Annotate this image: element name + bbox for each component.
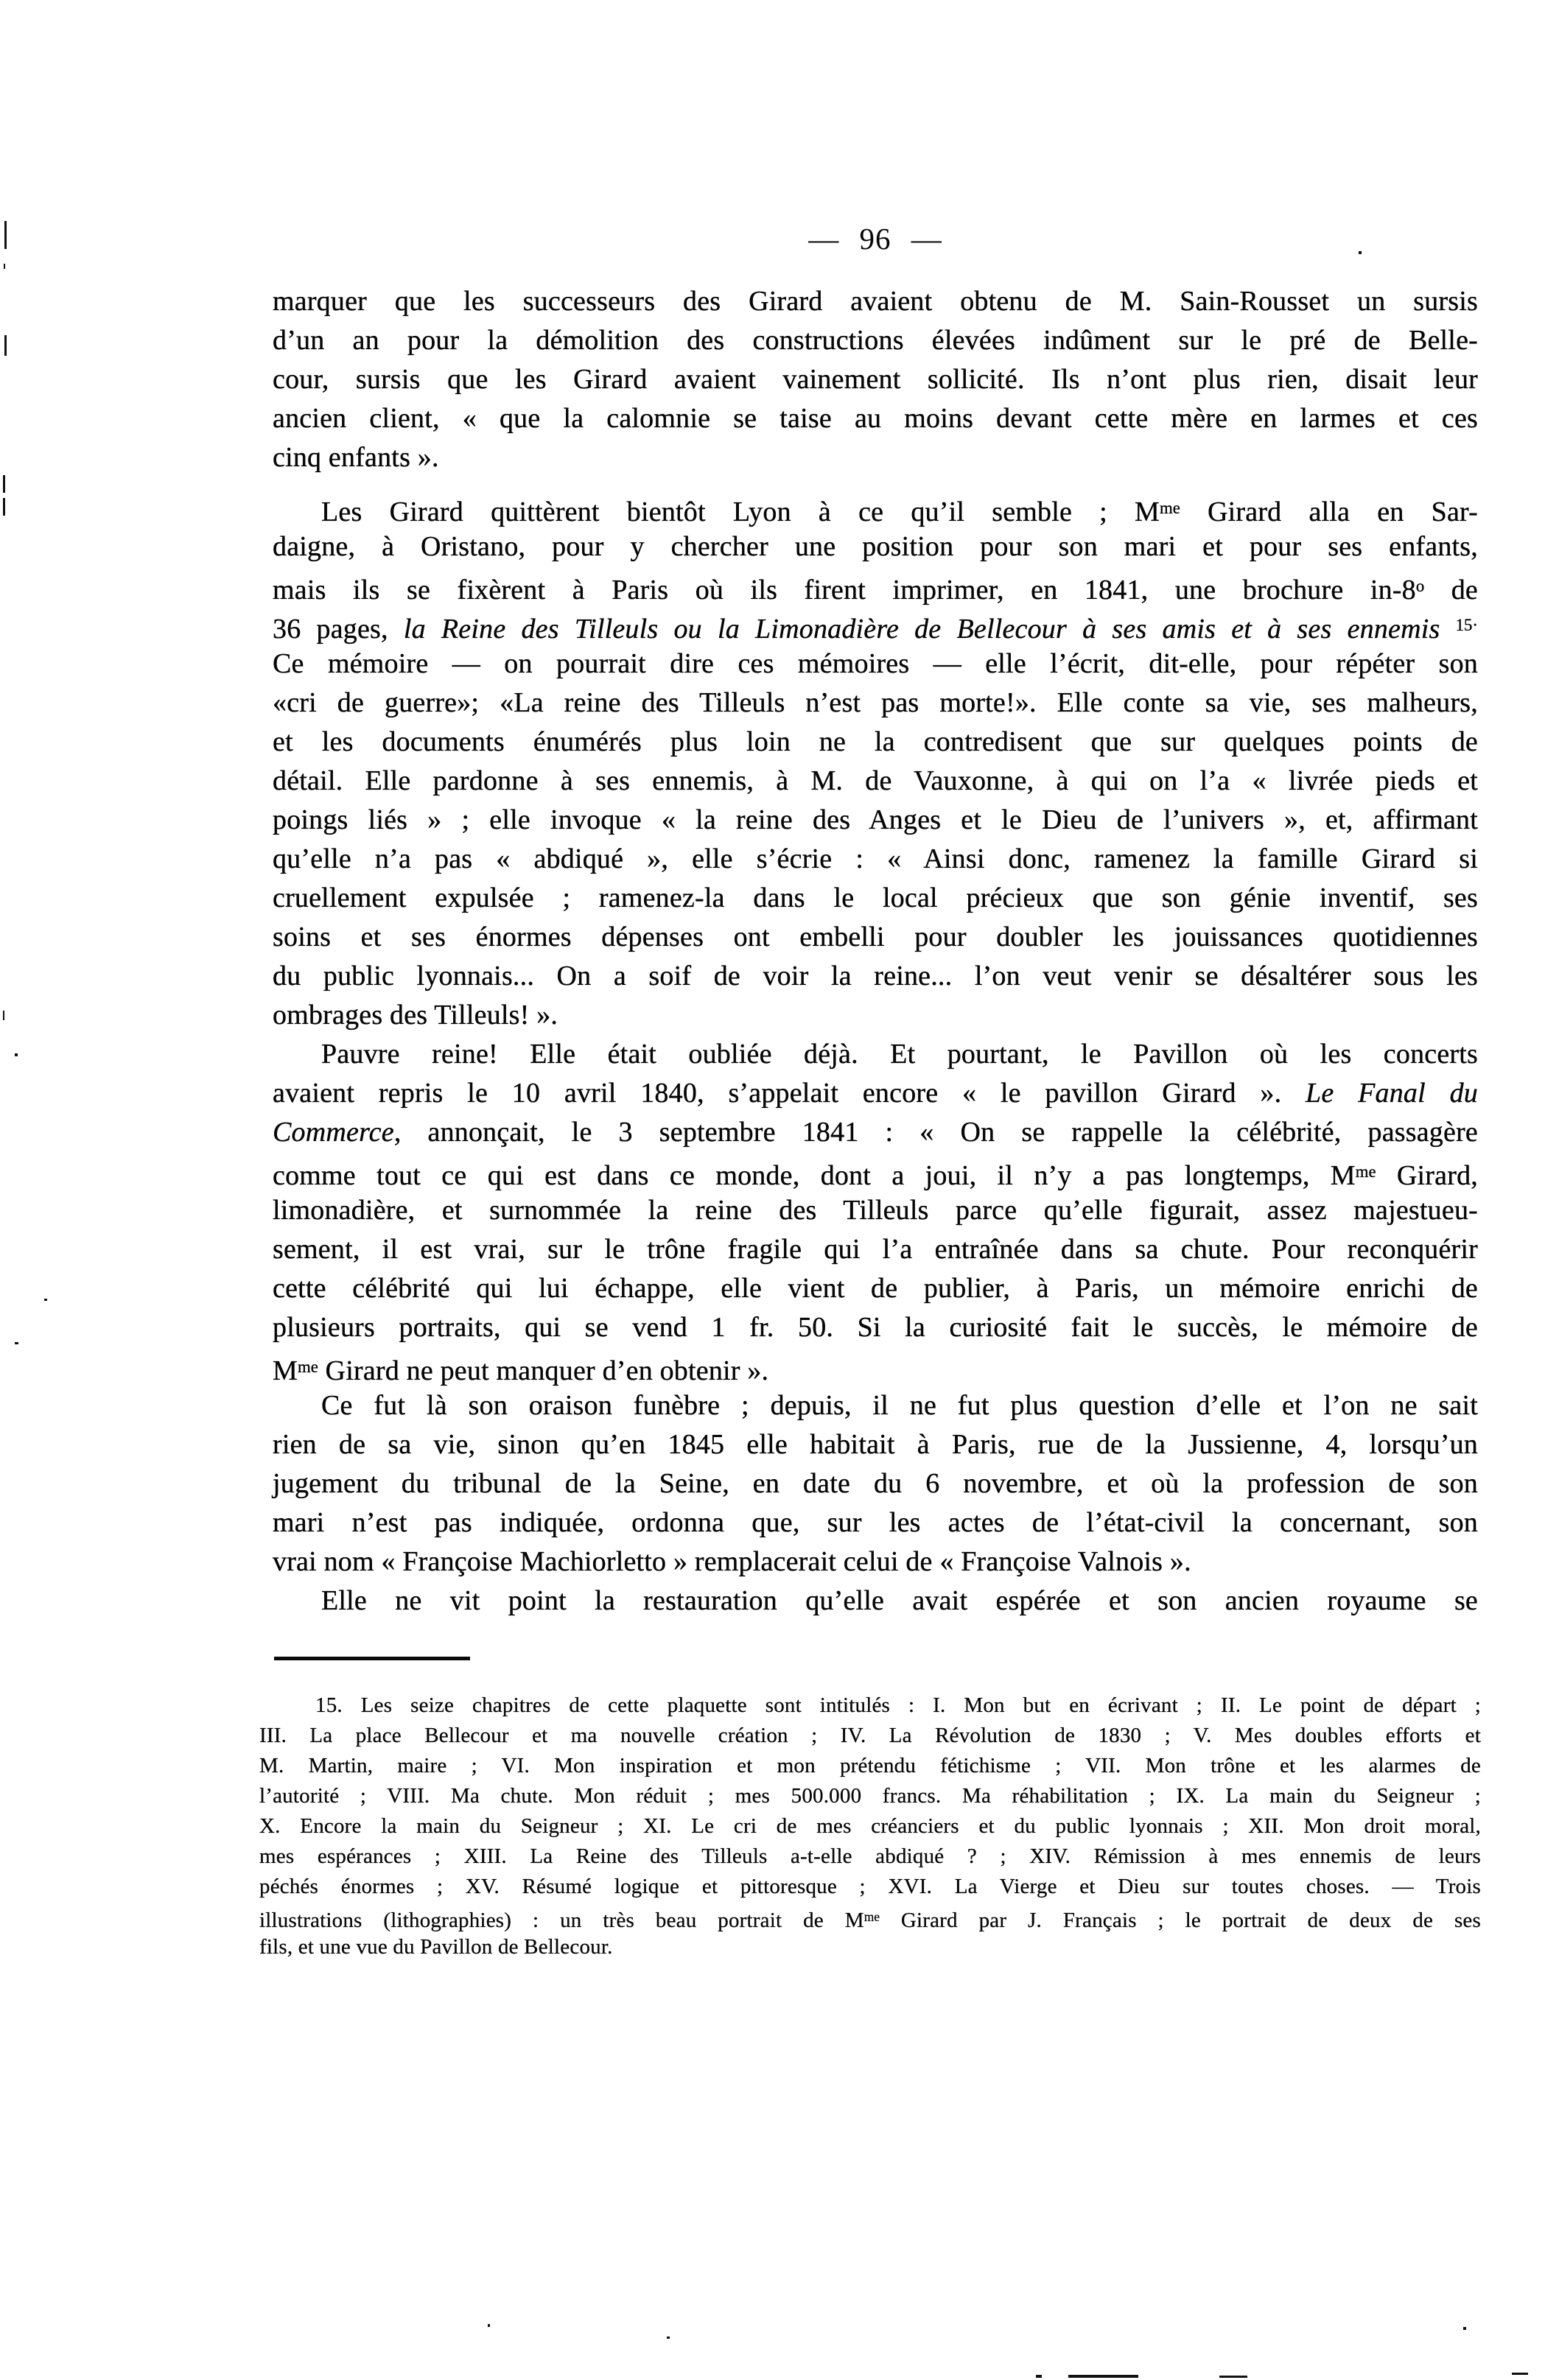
text-segment: Elle ne vit point la restauration qu’ell… [321, 1585, 1478, 1616]
text-segment: cruellement expulsée ; ramenez-la dans l… [273, 882, 1478, 913]
scan-artifact [3, 498, 5, 516]
text-segment: Les Girard quittèrent bientôt Lyon à ce … [321, 496, 1160, 527]
text-line: X. Encore la main du Seigneur ; XI. Le c… [259, 1811, 1481, 1842]
footnote-separator-rule [274, 1657, 470, 1660]
scan-artifact [1512, 2373, 1528, 2375]
text-line: jugement du tribunal de la Seine, en dat… [273, 1464, 1478, 1503]
text-line: cruellement expulsée ; ramenez-la dans l… [273, 879, 1478, 918]
text-line: 15. Les seize chapitres de cette plaquet… [259, 1691, 1481, 1721]
text-line: mais ils se fixèrent à Paris où ils fire… [273, 566, 1478, 605]
scan-artifact [1219, 2376, 1247, 2378]
scan-artifact [667, 2337, 670, 2339]
text-line: III. La place Bellecour et ma nouvelle c… [259, 1721, 1481, 1751]
text-line: Pauvre reine! Elle était oubliée déjà. E… [273, 1035, 1478, 1074]
text-segment: 36 pages, [273, 614, 404, 645]
text-line: qu’elle n’a pas « abdiqué », elle s’écri… [273, 840, 1478, 879]
text-segment: 15. Les seize chapitres de cette plaquet… [315, 1693, 1481, 1717]
paragraph: 15. Les seize chapitres de cette plaquet… [259, 1691, 1481, 1962]
scan-artifact [4, 221, 7, 249]
text-line: M. Martin, maire ; VI. Mon inspiration e… [259, 1751, 1481, 1781]
paragraph: Ce fut là son oraison funèbre ; depuis, … [273, 1386, 1478, 1582]
text-line: mes espérances ; XIII. La Reine des Till… [259, 1842, 1481, 1872]
text-line: Elle ne vit point la restauration qu’ell… [273, 1582, 1478, 1621]
text-segment: , annonçait, le 3 septembre 1841 : « On … [394, 1117, 1478, 1148]
text-line: détail. Elle pardonne à ses ennemis, à M… [273, 762, 1478, 801]
text-segment: marquer que les successeurs des Girard a… [273, 286, 1478, 317]
text-line: 36 pages, la Reine des Tilleuls ou la Li… [273, 605, 1478, 645]
scan-artifact [44, 1299, 47, 1301]
text-line: illustrations (lithographies) : un très … [259, 1902, 1481, 1932]
text-segment: la Reine des Tilleuls ou la Limonadière … [404, 614, 1440, 645]
text-segment: me [1356, 1162, 1376, 1181]
scan-artifact [3, 1011, 4, 1020]
text-segment: me [864, 1909, 880, 1924]
text-line: sement, il est vrai, sur le trône fragil… [273, 1230, 1478, 1269]
paragraph: Elle ne vit point la restauration qu’ell… [273, 1582, 1478, 1621]
text-line: limonadière, et surnommée la reine des T… [273, 1191, 1478, 1230]
text-line: poings liés » ; elle invoque « la reine … [273, 801, 1478, 840]
text-line: d’un an pour la démolition des construct… [273, 321, 1478, 360]
text-segment: de [1424, 575, 1478, 605]
text-segment: Girard alla en Sar- [1180, 496, 1478, 527]
text-segment: Commerce [273, 1117, 394, 1148]
text-segment: me [1160, 499, 1180, 517]
text-segment: Girard, [1376, 1160, 1478, 1191]
text-segment: mari n’est pas indiquée, ordonna que, su… [273, 1507, 1478, 1538]
text-segment: jugement du tribunal de la Seine, en dat… [273, 1468, 1478, 1499]
text-line: comme tout ce qui est dans ce monde, don… [273, 1152, 1478, 1191]
text-segment: cinq enfants ». [273, 442, 439, 473]
text-line: «cri de guerre»; «La reine des Tilleuls … [273, 684, 1478, 723]
text-segment: fils, et une vue du Pavillon de Bellecou… [259, 1935, 613, 1959]
text-segment: Pauvre reine! Elle était oubliée déjà. E… [321, 1039, 1478, 1070]
text-segment: ombrages des Tilleuls! ». [273, 1000, 558, 1031]
paragraph: Les Girard quittèrent bientôt Lyon à ce … [273, 488, 1478, 1035]
text-line: cette célébrité qui lui échappe, elle vi… [273, 1269, 1478, 1308]
scan-artifact [1068, 2375, 1138, 2378]
text-segment: vrai nom « Françoise Machiorletto » remp… [273, 1546, 1191, 1577]
text-line: Ce mémoire — on pourrait dire ces mémoir… [273, 645, 1478, 684]
text-line: Ce fut là son oraison funèbre ; depuis, … [273, 1386, 1478, 1425]
text-line: Mme Girard ne peut manquer d’en obtenir … [273, 1347, 1478, 1386]
text-line: Commerce, annonçait, le 3 septembre 1841… [273, 1113, 1478, 1152]
text-segment: ancien client, « que la calomnie se tais… [273, 403, 1478, 434]
text-line: marquer que les successeurs des Girard a… [273, 282, 1478, 321]
text-segment: Le Fanal du [1306, 1078, 1478, 1109]
text-segment: détail. Elle pardonne à ses ennemis, à M… [273, 765, 1478, 796]
scan-artifact [3, 475, 5, 493]
paragraph: Pauvre reine! Elle était oubliée déjà. E… [273, 1035, 1478, 1386]
text-segment: péchés énormes ; XV. Résumé logique et p… [259, 1875, 1481, 1898]
text-segment: Girard ne peut manquer d’en obtenir ». [318, 1355, 768, 1386]
footnote: 15. Les seize chapitres de cette plaquet… [259, 1691, 1481, 1962]
text-segment: et les documents énumérés plus loin ne l… [273, 726, 1478, 757]
text-segment: Ce fut là son oraison funèbre ; depuis, … [321, 1390, 1478, 1421]
text-segment: mes espérances ; XIII. La Reine des Till… [259, 1844, 1481, 1868]
text-segment: du public lyonnais... On a soif de voir … [273, 961, 1478, 991]
scan-artifact [4, 335, 7, 356]
text-segment: comme tout ce qui est dans ce monde, don… [273, 1160, 1356, 1191]
scan-artifact [15, 1342, 18, 1344]
text-segment: plusieurs portraits, qui se vend 1 fr. 5… [273, 1312, 1478, 1343]
text-line: cour, sursis que les Girard avaient vain… [273, 360, 1478, 399]
text-segment: d’un an pour la démolition des construct… [273, 325, 1478, 356]
text-segment: Ce mémoire — on pourrait dire ces mémoir… [273, 648, 1478, 679]
text-line: rien de sa vie, sinon qu’en 1845 elle ha… [273, 1425, 1478, 1464]
scan-artifact [1359, 251, 1362, 254]
text-segment: 15· [1456, 616, 1478, 634]
text-line: Les Girard quittèrent bientôt Lyon à ce … [273, 488, 1478, 527]
scan-artifact [488, 2324, 490, 2327]
text-segment: X. Encore la main du Seigneur ; XI. Le c… [259, 1814, 1481, 1838]
scanned-book-page: — 96 — marquer que les successeurs des G… [0, 0, 1559, 2380]
text-segment: mais ils se fixèrent à Paris où ils fire… [273, 575, 1416, 605]
text-line: daigne, à Oristano, pour y chercher une … [273, 527, 1478, 566]
text-line: ombrages des Tilleuls! ». [273, 996, 1478, 1035]
scan-artifact [1036, 2375, 1042, 2378]
text-line: plusieurs portraits, qui se vend 1 fr. 5… [273, 1308, 1478, 1347]
text-segment [1440, 614, 1456, 645]
text-segment: rien de sa vie, sinon qu’en 1845 elle ha… [273, 1429, 1478, 1460]
text-segment: cette célébrité qui lui échappe, elle vi… [273, 1273, 1478, 1304]
scan-artifact [4, 264, 5, 269]
paragraph: marquer que les successeurs des Girard a… [273, 282, 1478, 477]
text-line: du public lyonnais... On a soif de voir … [273, 957, 1478, 996]
text-line: péchés énormes ; XV. Résumé logique et p… [259, 1872, 1481, 1902]
text-segment: sement, il est vrai, sur le trône fragil… [273, 1234, 1478, 1265]
text-segment: me [298, 1358, 318, 1376]
text-segment: avaient repris le 10 avril 1840, s’appel… [273, 1078, 1306, 1109]
text-segment: limonadière, et surnommée la reine des T… [273, 1195, 1478, 1226]
text-segment: III. La place Bellecour et ma nouvelle c… [259, 1724, 1481, 1747]
text-segment: daigne, à Oristano, pour y chercher une … [273, 531, 1478, 562]
text-line: fils, et une vue du Pavillon de Bellecou… [259, 1932, 1481, 1962]
text-line: cinq enfants ». [273, 438, 1478, 477]
text-segment: illustrations (lithographies) : un très … [259, 1909, 864, 1932]
text-segment: Girard par J. Français ; le portrait de … [880, 1909, 1481, 1932]
scan-artifact [1463, 2327, 1466, 2330]
text-segment: l’autorité ; VIII. Ma chute. Mon réduit … [259, 1784, 1481, 1808]
text-line: vrai nom « Françoise Machiorletto » remp… [273, 1542, 1478, 1582]
text-segment: o [1416, 577, 1424, 595]
text-line: l’autorité ; VIII. Ma chute. Mon réduit … [259, 1781, 1481, 1811]
text-segment: cour, sursis que les Girard avaient vain… [273, 364, 1478, 395]
text-segment: poings liés » ; elle invoque « la reine … [273, 804, 1478, 835]
body-text: marquer que les successeurs des Girard a… [273, 282, 1478, 1621]
text-segment: qu’elle n’a pas « abdiqué », elle s’écri… [273, 843, 1478, 874]
text-segment: soins et ses énormes dépenses ont embell… [273, 922, 1478, 952]
text-segment: M. Martin, maire ; VI. Mon inspiration e… [259, 1754, 1481, 1777]
text-line: ancien client, « que la calomnie se tais… [273, 399, 1478, 438]
text-line: soins et ses énormes dépenses ont embell… [273, 918, 1478, 957]
text-line: et les documents énumérés plus loin ne l… [273, 723, 1478, 762]
text-line: avaient repris le 10 avril 1840, s’appel… [273, 1074, 1478, 1113]
text-segment: M [273, 1355, 298, 1386]
page-number-header: — 96 — [273, 221, 1478, 256]
text-segment: «cri de guerre»; «La reine des Tilleuls … [273, 687, 1478, 718]
text-line: mari n’est pas indiquée, ordonna que, su… [273, 1503, 1478, 1542]
scan-artifact [15, 1053, 18, 1056]
